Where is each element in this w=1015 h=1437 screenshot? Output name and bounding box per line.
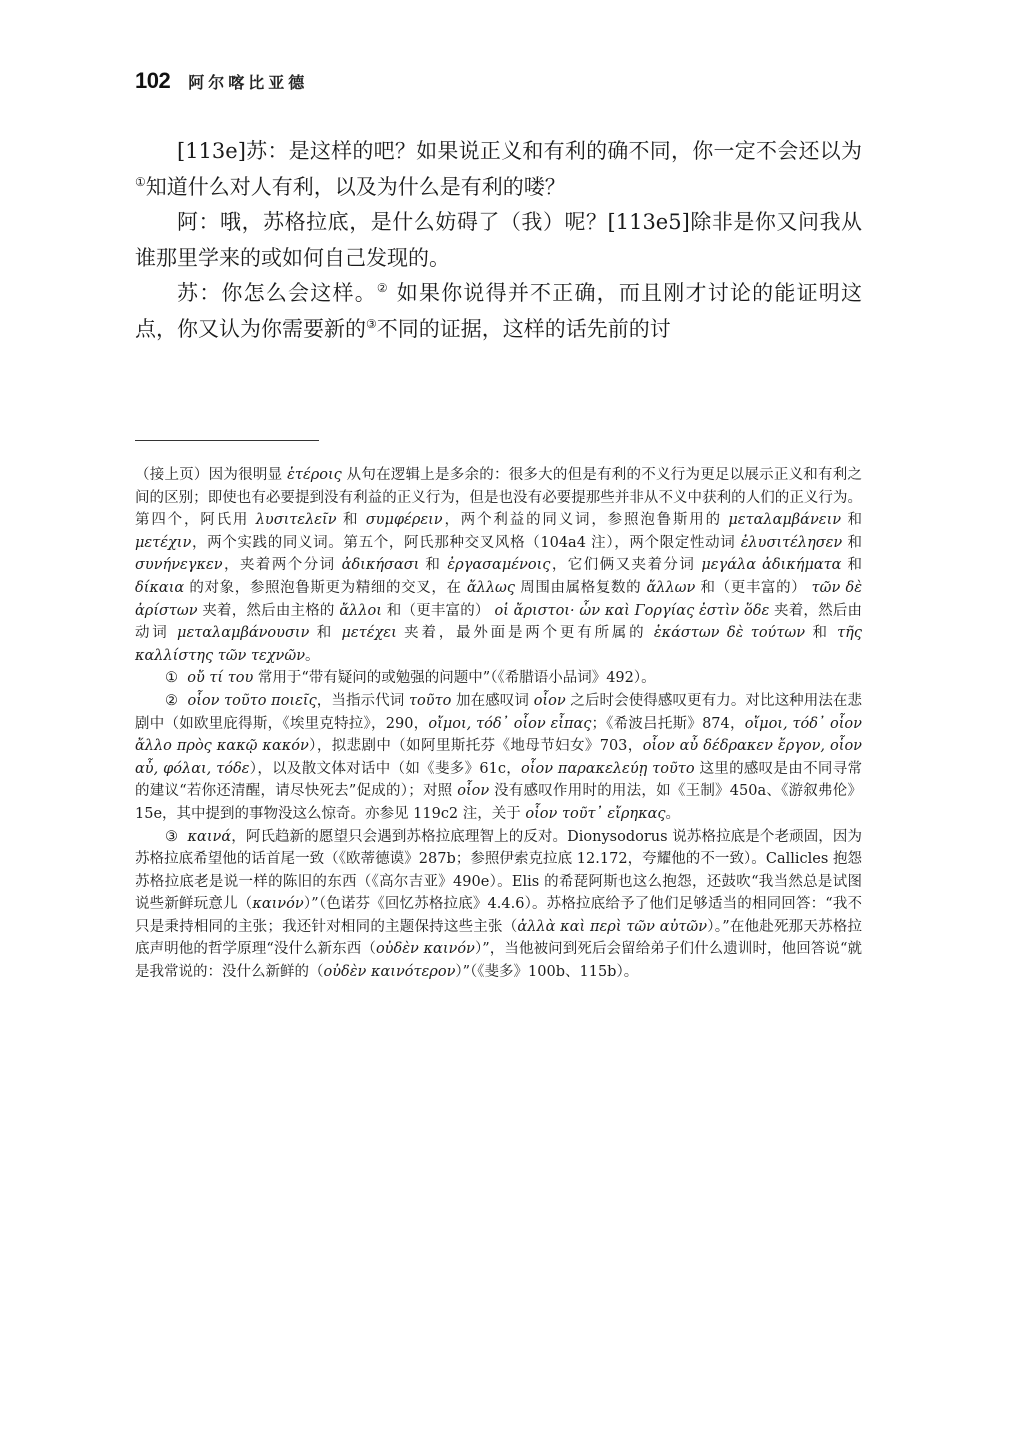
footnote-marker[interactable]: ③ (366, 317, 377, 331)
footnote-number: ② (165, 693, 178, 709)
paragraph-text: 知道什么对人有利，以及为什么是有利的喽？ (146, 175, 566, 199)
note-text: ，它们俩又夹着分词 (550, 557, 701, 573)
note-text: ，两个实践的同义词。第五个，阿氏那种交叉风格（104a4 注），两个限定性动词 (191, 535, 740, 551)
note-text: ）”（《斐多》100b、115b）。 (455, 964, 638, 980)
note-text: 夹着，然后由主格的 (198, 603, 340, 619)
greek-text: μετέχιν (135, 535, 191, 551)
greek-text: ἐλυσιτέλησεν (741, 535, 843, 551)
page-number: 102 (135, 68, 170, 94)
note-text: 周围由属格复数的 (515, 580, 646, 596)
greek-text: οὐδὲν καινότερον (324, 964, 456, 980)
note-text: ），拟悲剧中（如阿里斯托芬《地母节妇女》703， (309, 738, 643, 754)
greek-text: μεταλαμβάνειν (728, 512, 841, 528)
footnotes: （接上页）因为很明显 ἑτέροις 从句在逻辑上是多余的：很多大的但是有利的不… (135, 464, 862, 984)
footnote-continued: （接上页）因为很明显 ἑτέροις 从句在逻辑上是多余的：很多大的但是有利的不… (135, 464, 862, 667)
greek-text: μετέχει (342, 625, 397, 641)
greek-text: λυσιτελεῖν (256, 512, 337, 528)
footnote-marker[interactable]: ① (135, 175, 146, 189)
greek-text: οἷον τοῦτ᾽ εἴρηκας (525, 806, 665, 822)
greek-text: ἄλλως (467, 580, 515, 596)
greek-text: ἑτέροις (287, 467, 342, 483)
greek-text: συμφέρειν (366, 512, 443, 528)
note-text: 和 (419, 557, 447, 573)
greek-text: ἀδικήσασι (342, 557, 420, 573)
greek-text: οἱ ἄριστοι· ὧν καὶ Γοργίας ἐστὶν ὅδε (494, 603, 769, 619)
paragraph: [113e]苏：是这样的吧？如果说正义和有利的确不同，你一定不会还以为①知道什么… (135, 134, 862, 205)
paragraph-text: 阿：哦，苏格拉底，是什么妨碍了（我）呢？ (177, 210, 608, 234)
greek-text: οὐδὲν καινόν (376, 941, 475, 957)
note-text: ；《希波吕托斯》874， (591, 716, 744, 732)
footnote-number: ① (165, 670, 178, 686)
greek-text: συνήνεγκεν (135, 557, 223, 573)
note-text: ，夹着两个分词 (223, 557, 342, 573)
stephanus-ref: [113e] (177, 139, 246, 163)
page-header: 102 阿尔喀比亚德 (135, 68, 308, 94)
note-text: （接上页）因为很明显 (135, 467, 287, 483)
greek-text: οἷον τοῦτο ποιεῖς (188, 693, 317, 709)
greek-text: οἷον (457, 783, 489, 799)
stephanus-ref: [113e5] (608, 210, 690, 234)
note-text: 和（更丰富的） (382, 603, 494, 619)
greek-text: οὔ τί του (187, 670, 253, 686)
greek-text: καινόν (252, 896, 303, 912)
note-text: 加在感叹词 (451, 693, 533, 709)
greek-text: οἷον (534, 693, 566, 709)
note-text: 和 (841, 557, 862, 573)
footnote-1: ① οὔ τί του 常用于“带有疑问的或勉强的问题中”（《希腊语小品词》49… (135, 667, 862, 690)
note-text: 和 (337, 512, 366, 528)
note-text: ，当指示代词 (317, 693, 409, 709)
greek-text: μεγάλα ἀδικήματα (701, 557, 841, 573)
note-text: 的对象，参照泡鲁斯更为精细的交叉，在 (184, 580, 467, 596)
greek-text: οἷον παρακελεύῃ τοῦτο (521, 761, 695, 777)
note-text: ），以及散文体对话中（如《斐多》61c， (249, 761, 521, 777)
paragraph-text: 苏：是这样的吧？如果说正义和有利的确不同，你一定不会还以为 (246, 139, 862, 163)
greek-text: ἄλλοι (339, 603, 382, 619)
greek-text: οἴμοι, τόδ᾽ οἷον εἶπας (428, 716, 591, 732)
note-text: 和（更丰富的） (695, 580, 811, 596)
greek-text: τοῦτο (409, 693, 451, 709)
paragraph: 苏：你怎么会这样。② 如果你说得并不正确，而且刚才讨论的能证明这点，你又认为你需… (135, 276, 862, 347)
paragraph: 阿：哦，苏格拉底，是什么妨碍了（我）呢？[113e5]除非是你又问我从谁那里学来… (135, 205, 862, 276)
footnote-2: ② οἷον τοῦτο ποιεῖς，当指示代词 τοῦτο 加在感叹词 οἷ… (135, 690, 862, 826)
paragraph-text: 苏：你怎么会这样。 (177, 281, 377, 305)
greek-text: καινά (188, 829, 232, 845)
note-text: ，两个利益的同义词，参照泡鲁斯用的 (443, 512, 729, 528)
note-text: 。 (666, 806, 681, 822)
footnote-number: ③ (165, 829, 178, 845)
greek-text: ἀλλὰ καὶ περὶ τῶν αὐτῶν (517, 919, 707, 935)
note-text: 和 (842, 535, 862, 551)
main-text: [113e]苏：是这样的吧？如果说正义和有利的确不同，你一定不会还以为①知道什么… (135, 134, 862, 347)
note-text: 和 (841, 512, 862, 528)
note-text: 。 (305, 648, 320, 664)
footnote-separator (135, 440, 319, 441)
footnote-3: ③ καινά，阿氏趋新的愿望只会遇到苏格拉底理智上的反对。Dionysodor… (135, 826, 862, 984)
note-text: 夹着，最外面是两个更有所属的 (397, 625, 654, 641)
running-title: 阿尔喀比亚德 (188, 70, 308, 93)
greek-text: ἄλλων (646, 580, 695, 596)
greek-text: δίκαια (135, 580, 184, 596)
note-text: 和 (309, 625, 341, 641)
footnote-marker[interactable]: ② (377, 281, 389, 295)
greek-text: ἐργασαμένοις (447, 557, 550, 573)
greek-text: ἑκάστων δὲ τούτων (654, 625, 805, 641)
note-text: 和 (805, 625, 837, 641)
paragraph-text: 不同的证据，这样的话先前的讨 (377, 317, 671, 341)
note-text: 常用于“带有疑问的或勉强的问题中”（《希腊语小品词》492）。 (253, 670, 655, 686)
greek-text: μεταλαμβάνουσιν (177, 625, 309, 641)
